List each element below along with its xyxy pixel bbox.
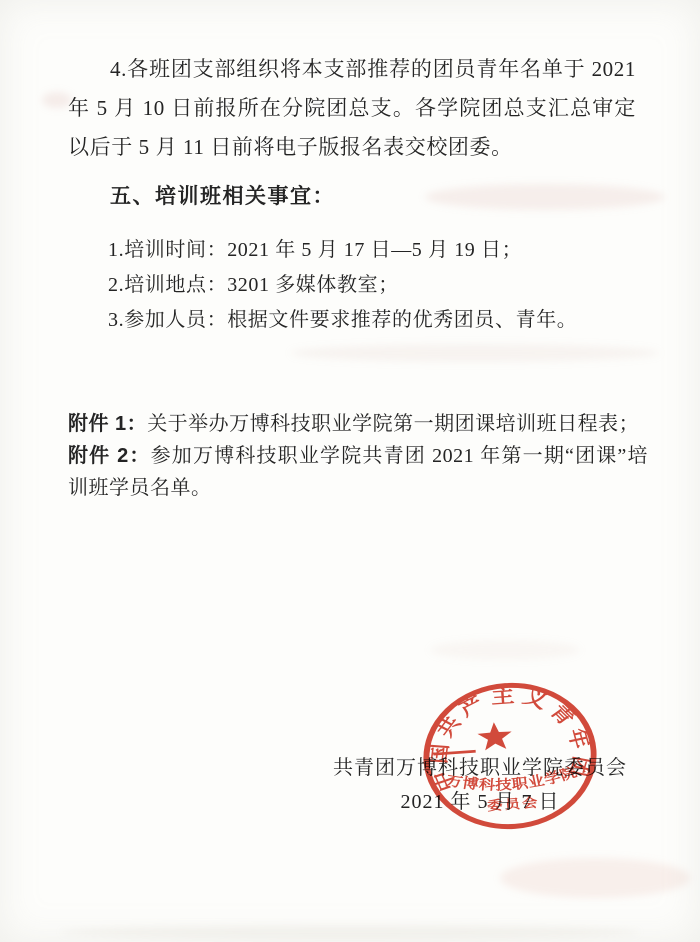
seal-bottom-text: 委员会 (487, 795, 540, 814)
training-items-list: 1.培训时间：2021 年 5 月 17 日—5 月 19 日； 2.培训地点：… (68, 233, 636, 338)
attachment-1-text: 关于举办万博科技职业学院第一期团课培训班日程表； (147, 413, 639, 435)
bleed-through-mark (430, 640, 580, 660)
bleed-through-mark (60, 925, 640, 939)
star-icon (477, 721, 513, 751)
paragraph-4: 4.各班团支部组织将本支部推荐的团员青年名单于 2021 年 5 月 10 日前… (68, 50, 636, 167)
seal-inner-arc-text-holder: 万博科技职业学院 (443, 763, 581, 797)
scanned-document-page: 4.各班团支部组织将本支部推荐的团员青年名单于 2021 年 5 月 10 日前… (0, 0, 700, 942)
official-seal: 中国共产主义青年团 万博科技职业学院 委员会 (416, 675, 604, 837)
item-participants: 3.参加人员：根据文件要求推荐的优秀团员、青年。 (68, 303, 636, 338)
attachment-1: 附件 1：关于举办万博科技职业学院第一期团课培训班日程表； (68, 408, 648, 440)
item-training-time: 1.培训时间：2021 年 5 月 17 日—5 月 19 日； (68, 233, 636, 268)
bleed-through-mark (290, 344, 660, 362)
attachment-2: 附件 2：参加万博科技职业学院共青团 2021 年第一期“团课”培训班学员名单。 (68, 440, 648, 504)
section-heading-5: 五、培训班相关事宜： (68, 184, 636, 210)
attachment-2-text: 参加万博科技职业学院共青团 2021 年第一期“团课”培训班学员名单。 (68, 445, 648, 499)
attachment-1-label: 附件 1： (68, 413, 147, 435)
seal-inner-arc-text: 万博科技职业学院 (443, 763, 581, 797)
attachments-block: 附件 1：关于举办万博科技职业学院第一期团课培训班日程表； 附件 2：参加万博科… (68, 408, 648, 504)
item-training-location: 2.培训地点：3201 多媒体教室； (68, 268, 636, 303)
bleed-through-mark (500, 858, 690, 898)
attachment-2-label: 附件 2： (68, 445, 151, 467)
